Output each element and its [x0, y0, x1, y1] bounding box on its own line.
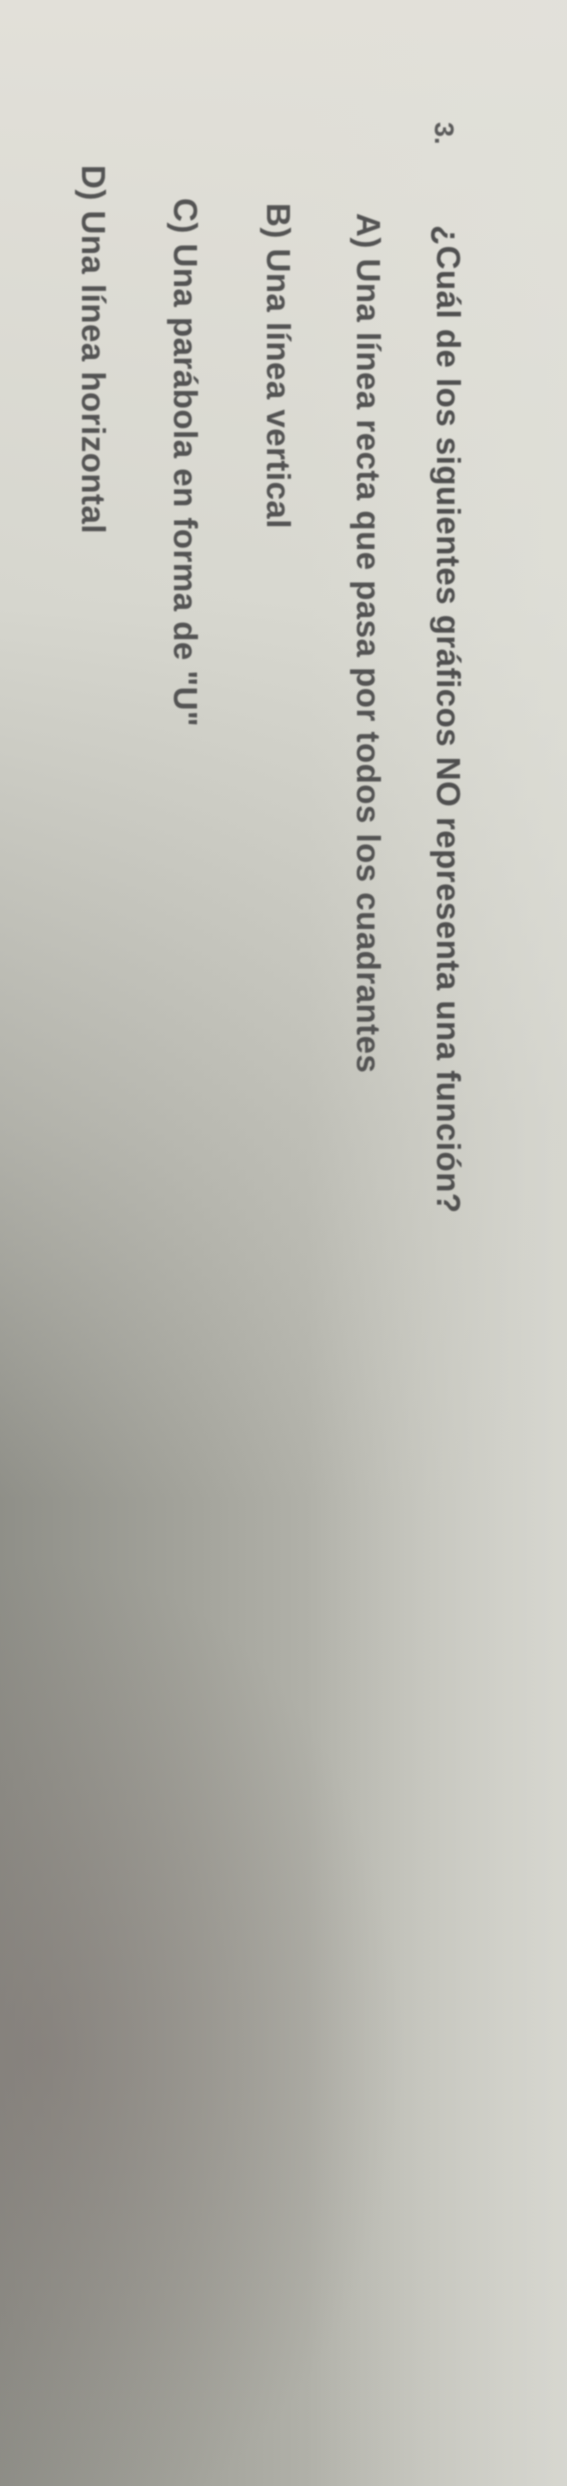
- option-c: C) Una parábola en forma de "U": [166, 198, 204, 727]
- rotated-worksheet-page: 3. ¿Cuál de los siguientes gráficos NO r…: [0, 0, 567, 1500]
- option-d: D) Una línea horizontal: [74, 165, 112, 534]
- option-a: A) Una línea recta que pasa por todos lo…: [349, 213, 387, 1073]
- option-b: B) Una línea vertical: [259, 203, 297, 529]
- question-number: 3.: [428, 122, 459, 145]
- question-text: ¿Cuál de los siguientes gráficos NO repr…: [429, 225, 467, 1214]
